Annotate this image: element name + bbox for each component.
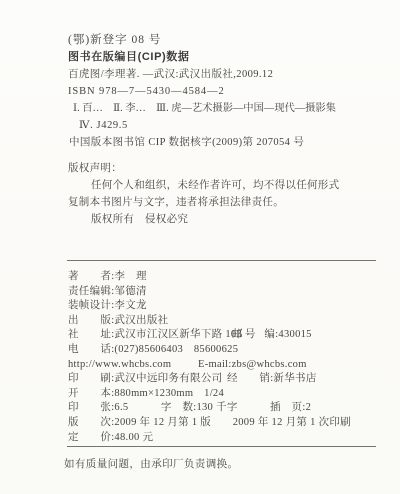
colophon-left: 责任编辑:邹德清 xyxy=(68,286,147,297)
copyright-line-3: 版权所有 侵权必究 xyxy=(91,211,368,228)
cip-record-line: 中国版本图书馆 CIP 数据核字(2009)第 207054 号 xyxy=(69,134,388,151)
colophon-left: 印 张:6.5 字 数:130 千字 插 页:2 xyxy=(68,402,311,413)
registration-line: (鄂)新登字 08 号 xyxy=(68,32,388,49)
copyright-notice: 版权声明： 任何个人和组织，未经作者许可，均不得以任何形式 复制本书图片与文字，… xyxy=(68,160,368,228)
colophon-left: 出 版:武汉出版社 xyxy=(68,315,168,326)
colophon-left: 电 话:(027)85606403 85600625 xyxy=(68,344,238,355)
colophon-right-distributor: 经 销:新华书店 xyxy=(227,372,317,387)
colophon-left-url: http://www.whcbs.com xyxy=(68,359,171,370)
divider-top xyxy=(67,260,376,261)
colophon-row-edition: 版 次:2009 年 12 月第 1 版 2009 年 12 月第 1 次印刷 xyxy=(68,416,388,431)
cip-entry-line: 百虎图/李理著. —武汉:武汉出版社,2009.12 xyxy=(68,66,388,83)
colophon-left: 版 次:2009 年 12 月第 1 版 2009 年 12 月第 1 次印刷 xyxy=(68,417,351,428)
colophon-left: 印 刷:武汉中远印务有限公司 xyxy=(68,373,222,384)
divider-bottom xyxy=(67,446,376,447)
cip-block: (鄂)新登字 08 号 图书在版编目(CIP)数据 百虎图/李理著. —武汉:武… xyxy=(68,32,388,151)
colophon-left: 装帧设计:李文龙 xyxy=(68,300,147,311)
colophon-row-printer: 印 刷:武汉中远印务有限公司 经 销:新华书店 xyxy=(68,372,388,387)
colophon-row-address: 社 址:武汉市江汉区新华下路 103 号 邮 编:430015 xyxy=(68,328,388,343)
colophon-row-author: 著 者:李 理 xyxy=(68,270,388,285)
colophon-row-editor: 责任编辑:邹德清 xyxy=(68,285,388,300)
cip-heading: 图书在版编目(CIP)数据 xyxy=(68,49,388,66)
footer-note: 如有质量问题，由承印厂负责调换。 xyxy=(64,456,238,471)
colophon-row-phone: 电 话:(027)85606403 85600625 xyxy=(68,343,388,358)
colophon-row-format: 开 本:880mm×1230mm 1/24 xyxy=(68,387,388,402)
colophon-right-email: E-mail:zbs@whcbs.com xyxy=(198,358,307,373)
colophon-row-designer: 装帧设计:李文龙 xyxy=(68,299,388,314)
colophon-block: 著 者:李 理 责任编辑:邹德清 装帧设计:李文龙 出 版:武汉出版社 社 址:… xyxy=(68,270,388,445)
colophon-left: 社 址:武汉市江汉区新华下路 103 号 xyxy=(68,329,256,340)
colophon-left: 开 本:880mm×1230mm 1/24 xyxy=(68,388,224,399)
colophon-left: 定 价:48.00 元 xyxy=(68,432,153,443)
isbn-line: ISBN 978—7—5430—4584—2 xyxy=(68,83,388,100)
colophon-left: 著 者:李 理 xyxy=(68,271,147,282)
copyright-line-2: 复制本书图片与文字，违者将承担法律责任。 xyxy=(68,194,368,211)
copyright-page: (鄂)新登字 08 号 图书在版编目(CIP)数据 百虎图/李理著. —武汉:武… xyxy=(0,0,400,494)
copyright-line-1: 任何个人和组织，未经作者许可，均不得以任何形式 xyxy=(91,177,368,194)
cip-classification-line: Ⅰ. 百… Ⅱ. 李… Ⅲ. 虎—艺术摄影—中国—现代—摄影集 xyxy=(73,100,388,117)
copyright-heading: 版权声明： xyxy=(68,160,368,177)
colophon-row-price: 定 价:48.00 元 xyxy=(68,431,388,446)
colophon-row-publisher: 出 版:武汉出版社 xyxy=(68,314,388,329)
cip-class-number: Ⅳ. J429.5 xyxy=(79,117,388,134)
colophon-right-postcode: 邮 编:430015 xyxy=(232,328,312,343)
colophon-row-web: http://www.whcbs.com E-mail:zbs@whcbs.co… xyxy=(68,358,388,373)
colophon-row-sheets: 印 张:6.5 字 数:130 千字 插 页:2 xyxy=(68,401,388,416)
